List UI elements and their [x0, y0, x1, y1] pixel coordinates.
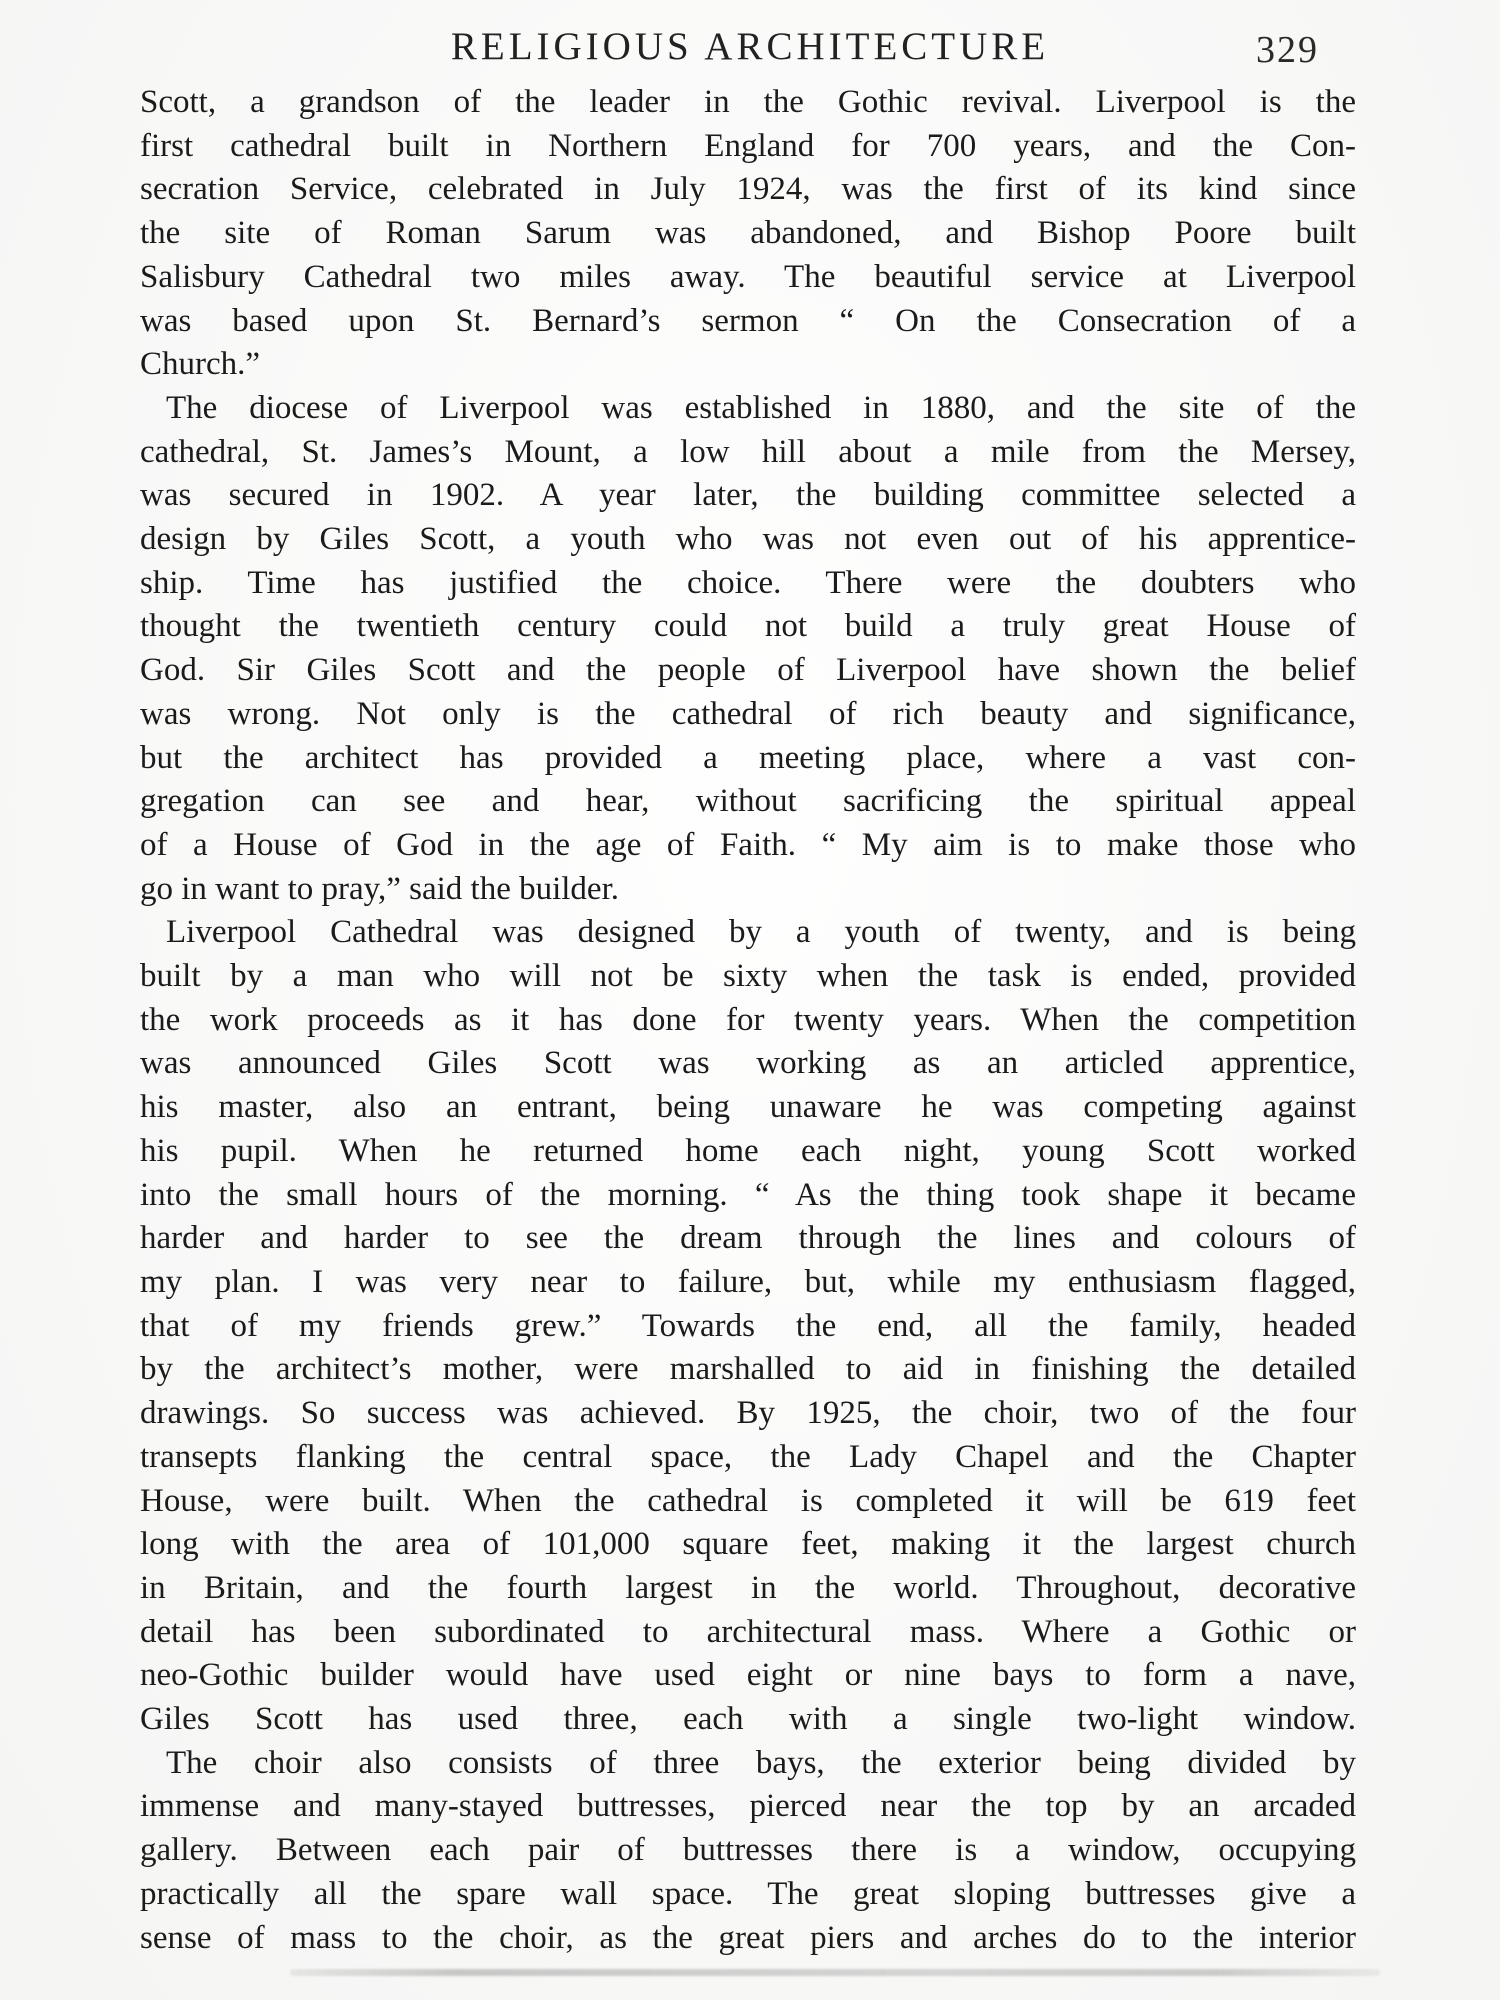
text-line: that of my friends grew.” Towards the en… [140, 1305, 1356, 1349]
text-line: Church.” [140, 343, 1356, 387]
text-line: built by a man who will not be sixty whe… [140, 955, 1356, 999]
text-line: of a House of God in the age of Faith. “… [140, 824, 1356, 868]
text-line: the site of Roman Sarum was abandoned, a… [140, 212, 1356, 256]
page-number: 329 [1256, 28, 1319, 72]
paragraph: Scott, a grandson of the leader in the G… [140, 81, 1356, 387]
text-line: Liverpool Cathedral was designed by a yo… [140, 911, 1356, 955]
text-line: was secured in 1902. A year later, the b… [140, 474, 1356, 518]
text-line: detail has been subordinated to architec… [140, 1611, 1356, 1655]
text-line: practically all the spare wall space. Th… [140, 1873, 1356, 1917]
paragraph: Liverpool Cathedral was designed by a yo… [140, 911, 1356, 1741]
text-line: his pupil. When he returned home each ni… [140, 1130, 1356, 1174]
paragraph: The choir also consists of three bays, t… [140, 1742, 1356, 1961]
text-line: thought the twentieth century could not … [140, 605, 1356, 649]
text-line: was based upon St. Bernard’s sermon “ On… [140, 300, 1356, 344]
text-line: his master, also an entrant, being unawa… [140, 1086, 1356, 1130]
text-line: into the small hours of the morning. “ A… [140, 1174, 1356, 1218]
text-line: long with the area of 101,000 square fee… [140, 1523, 1356, 1567]
text-line: Giles Scott has used three, each with a … [140, 1698, 1356, 1742]
text-line: Scott, a grandson of the leader in the G… [140, 81, 1356, 125]
text-line: the work proceeds as it has done for twe… [140, 999, 1356, 1043]
text-line: cathedral, St. James’s Mount, a low hill… [140, 431, 1356, 475]
text-line: drawings. So success was achieved. By 19… [140, 1392, 1356, 1436]
text-line: House, were built. When the cathedral is… [140, 1480, 1356, 1524]
text-line: ship. Time has justified the choice. The… [140, 562, 1356, 606]
text-line: by the architect’s mother, were marshall… [140, 1348, 1356, 1392]
text-line: sense of mass to the choir, as the great… [140, 1917, 1356, 1961]
text-line: was announced Giles Scott was working as… [140, 1042, 1356, 1086]
text-line: first cathedral built in Northern Englan… [140, 125, 1356, 169]
text-line: God. Sir Giles Scott and the people of L… [140, 649, 1356, 693]
text-line: harder and harder to see the dream throu… [140, 1217, 1356, 1261]
text-line: in Britain, and the fourth largest in th… [140, 1567, 1356, 1611]
text-line: gregation can see and hear, without sacr… [140, 780, 1356, 824]
text-line: go in want to pray,” said the builder. [140, 868, 1356, 912]
paragraph: The diocese of Liverpool was established… [140, 387, 1356, 911]
text-line: but the architect has provided a meeting… [140, 737, 1356, 781]
text-line: secration Service, celebrated in July 19… [140, 168, 1356, 212]
text-line: immense and many-stayed buttresses, pier… [140, 1785, 1356, 1829]
text-line: Salisbury Cathedral two miles away. The … [140, 256, 1356, 300]
text-line: design by Giles Scott, a youth who was n… [140, 518, 1356, 562]
scanned-book-page: RELIGIOUS ARCHITECTURE 329 Scott, a gran… [0, 0, 1500, 2000]
scan-cutoff-artifact [290, 1969, 1380, 1976]
text-line: was wrong. Not only is the cathedral of … [140, 693, 1356, 737]
body-text: Scott, a grandson of the leader in the G… [140, 81, 1356, 1960]
text-line: transepts flanking the central space, th… [140, 1436, 1356, 1480]
text-line: The diocese of Liverpool was established… [140, 387, 1356, 431]
text-line: neo-Gothic builder would have used eight… [140, 1654, 1356, 1698]
text-line: The choir also consists of three bays, t… [140, 1742, 1356, 1786]
text-line: gallery. Between each pair of buttresses… [140, 1829, 1356, 1873]
text-line: my plan. I was very near to failure, but… [140, 1261, 1356, 1305]
